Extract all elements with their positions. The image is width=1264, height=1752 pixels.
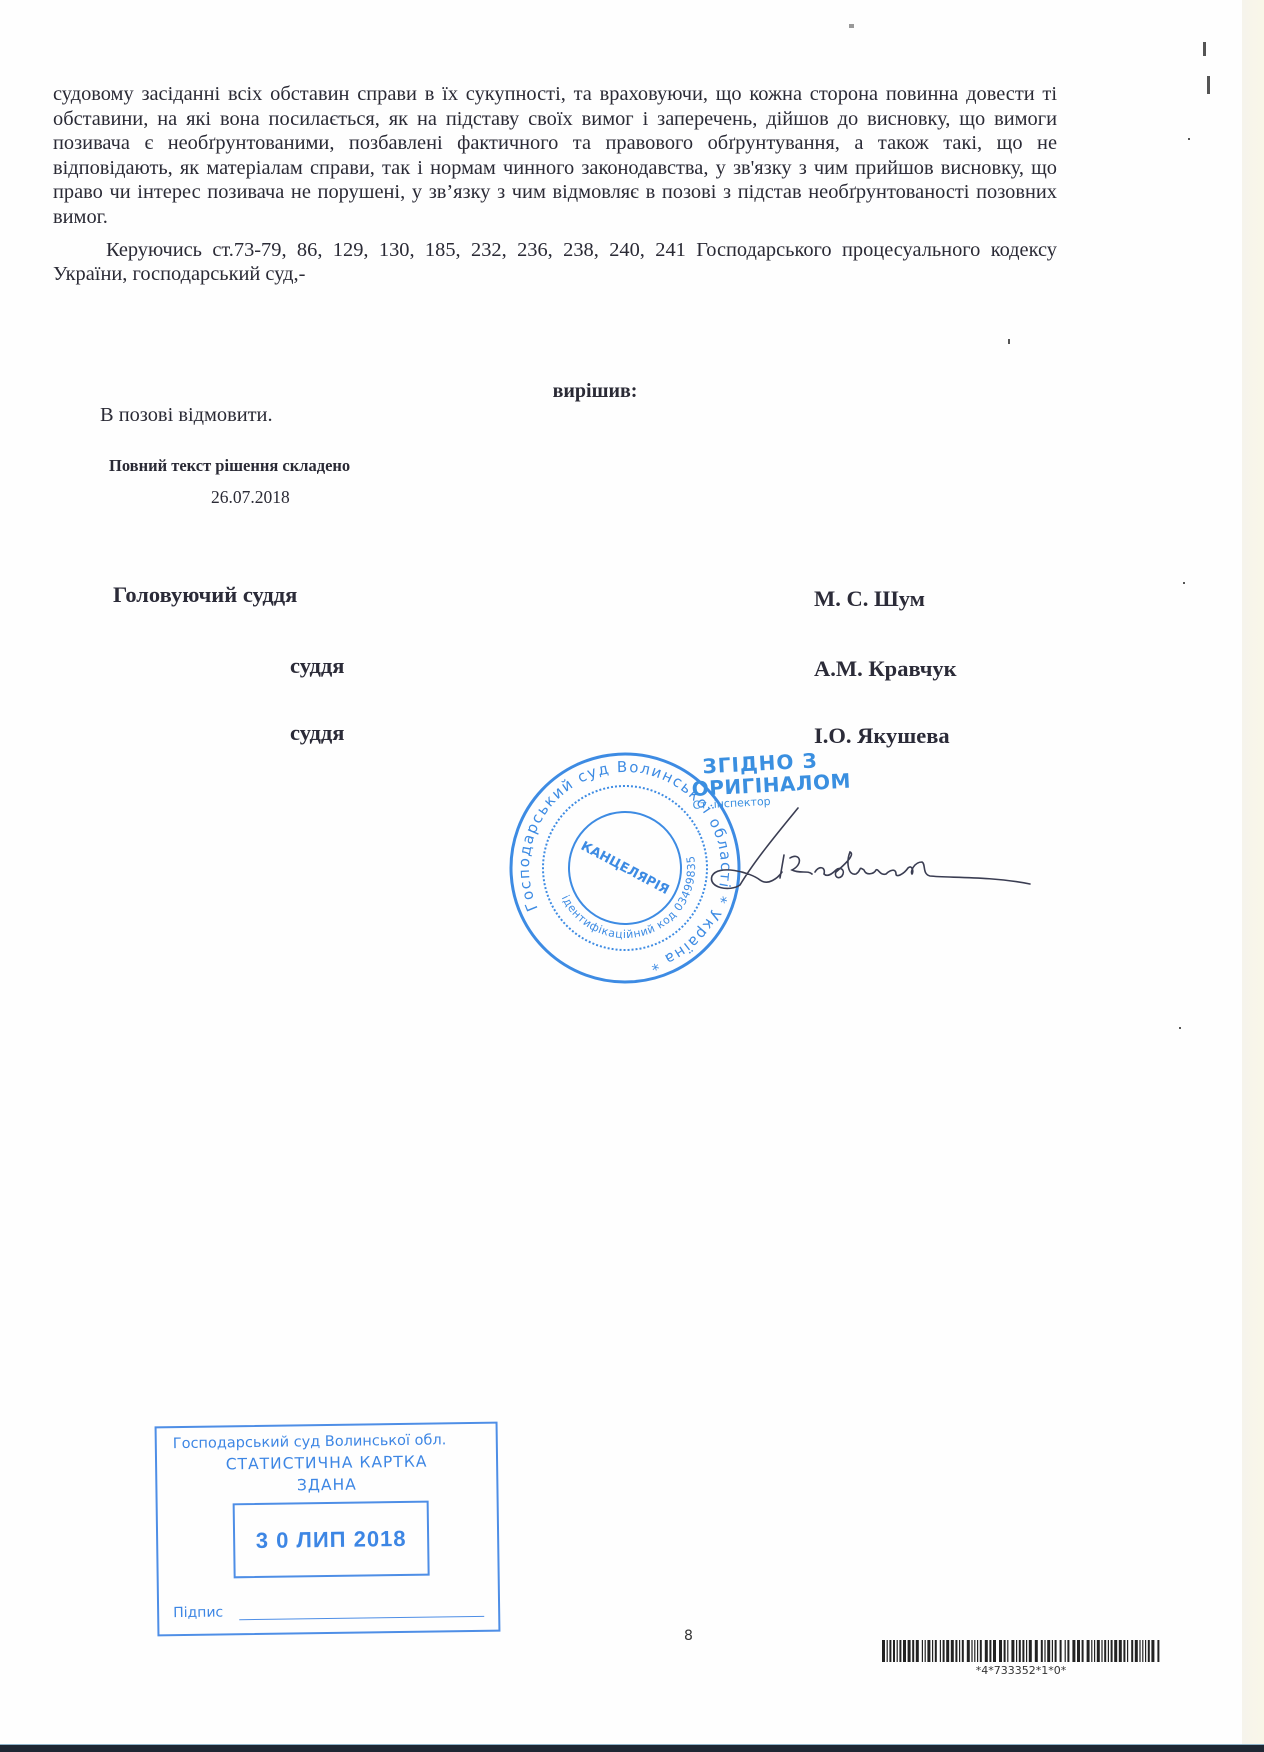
stamp-court-name: Господарський суд Волинської обл.	[173, 1432, 447, 1452]
stamp-status: ЗДАНА	[157, 1474, 496, 1497]
decided-heading: вирішив:	[0, 380, 1190, 403]
judge-role: суддя	[290, 720, 344, 746]
scan-speck	[1008, 339, 1010, 344]
scan-speck	[1207, 76, 1210, 94]
presiding-judge-name: М. С. Шум	[814, 586, 925, 612]
full-text-label: Повний текст рішення складено	[109, 456, 350, 476]
scan-bottom-strip	[0, 1744, 1264, 1752]
scan-speck	[1188, 138, 1190, 140]
barcode	[882, 1640, 1160, 1662]
scan-speck	[1203, 42, 1206, 56]
scan-edge-strip	[1242, 0, 1264, 1744]
judge-role: суддя	[290, 653, 344, 679]
statistics-card-stamp: Господарський суд Волинської обл. СТАТИС…	[155, 1422, 501, 1637]
stamp-card-title: СТАТИСТИЧНА КАРТКА	[157, 1452, 496, 1475]
seal-inner-text: КАНЦЕЛЯРІЯ	[578, 839, 671, 898]
legal-basis-paragraph: Керуючись ст.73-79, 86, 129, 130, 185, 2…	[53, 238, 1057, 287]
barcode-text: *4*733352*1*0*	[882, 1664, 1160, 1677]
reasoning-paragraph: судовому засіданні всіх обставин справи …	[53, 82, 1057, 230]
handwritten-signature	[700, 800, 1050, 910]
presiding-judge-role: Головуючий суддя	[113, 582, 297, 608]
ruling-text: В позові відмовити.	[100, 404, 273, 427]
page-number: 8	[684, 1628, 693, 1644]
judge-name: А.М. Кравчук	[814, 656, 957, 682]
stamp-date: 3 0 ЛИП 2018	[233, 1501, 430, 1579]
stamp-signature-line	[239, 1616, 484, 1620]
scan-speck	[849, 24, 854, 28]
judge-name: І.О. Якушева	[814, 723, 950, 749]
full-text-date: 26.07.2018	[211, 487, 290, 508]
scan-speck	[1179, 1027, 1181, 1029]
stamp-signature-label: Підпис	[173, 1604, 223, 1621]
decision-body: судовому засіданні всіх обставин справи …	[53, 82, 1057, 287]
scan-speck	[1183, 582, 1185, 584]
